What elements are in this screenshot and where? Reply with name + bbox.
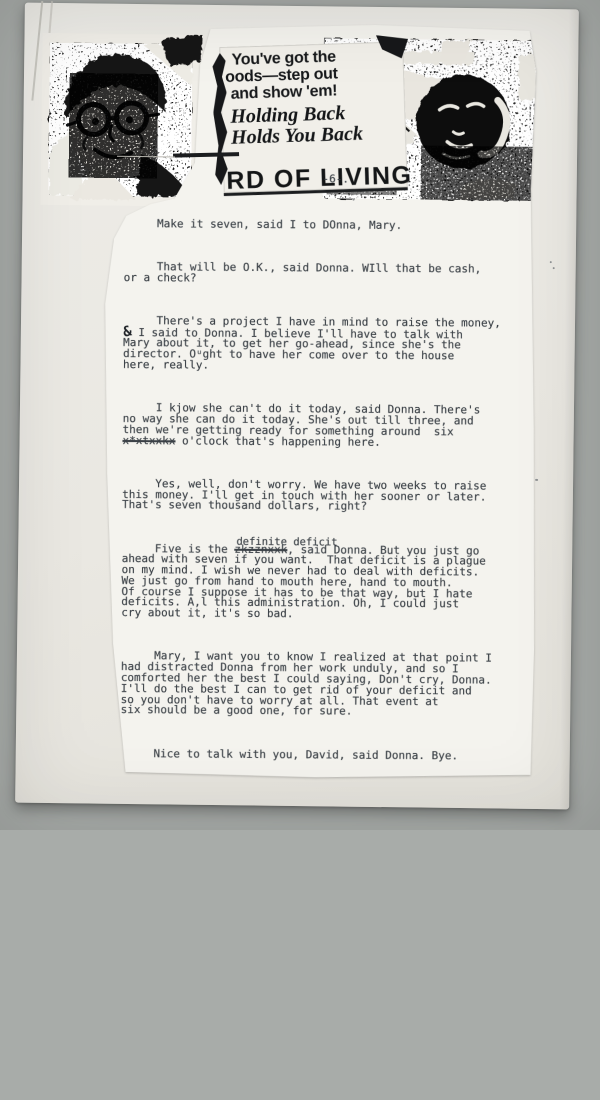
paragraph-text: Make it seven, said I to DOnna, Mary. [124, 217, 402, 232]
typed-text-block: Make it seven, said I to DOnna, Mary. Th… [118, 197, 544, 830]
paragraph-text: I kjow she can't do it today, said Donna… [123, 401, 481, 438]
paragraph-text: o'clock that's happening here. [175, 434, 380, 448]
paragraph-text: Yes, well, don't worry. We have two week… [122, 477, 486, 513]
paragraph: That will be O.K., said Donna. WIll that… [124, 262, 544, 287]
pasted-typed-sheet: You've got the oods—step out and show 'e… [15, 3, 579, 810]
paragraph: Five is the definite deficitzkzznxxk, sa… [121, 543, 542, 622]
struck-text: x*xtxxkx [122, 434, 175, 447]
paragraph-text: I said to Donna. I believe I'll have to … [123, 326, 463, 372]
separator-line: ----------------------------------------… [120, 792, 540, 806]
typed-correction: definite deficitzkzznxxk [234, 544, 287, 555]
paper-speck [550, 261, 552, 263]
correction-above-text: definite deficit [236, 537, 337, 549]
paragraph-text: Nice to talk with you, David, said Donna… [120, 747, 458, 762]
paper-speck [353, 199, 355, 201]
paragraph: Mary, I want you to know I realized at t… [121, 651, 541, 719]
paper-speck [535, 479, 538, 481]
paragraph-text: Mary, I want you to know I realized at t… [121, 649, 492, 718]
paragraph: Make it seven, said I to DOnna, Mary. [124, 219, 544, 233]
paper-speck [553, 267, 555, 269]
separator-dashes: ----------------------------------------… [120, 790, 451, 805]
pasted-sheet-wrap: You've got the oods—step out and show 'e… [15, 3, 579, 810]
paragraph: There's a project I have in mind to rais… [123, 316, 543, 374]
paragraph-text: , said Donna. But you just go ahead with… [121, 543, 486, 621]
document-page: You've got the oods—step out and show 'e… [15, 3, 579, 810]
paragraph: I kjow she can't do it today, said Donna… [122, 403, 542, 449]
paragraph-text: That will be O.K., said Donna. WIll that… [124, 260, 482, 284]
sign-line: Holds You Back [222, 122, 407, 149]
paragraph: Yes, well, don't worry. We have two week… [122, 479, 542, 514]
paragraph: Nice to talk with you, David, said Donna… [120, 749, 540, 763]
